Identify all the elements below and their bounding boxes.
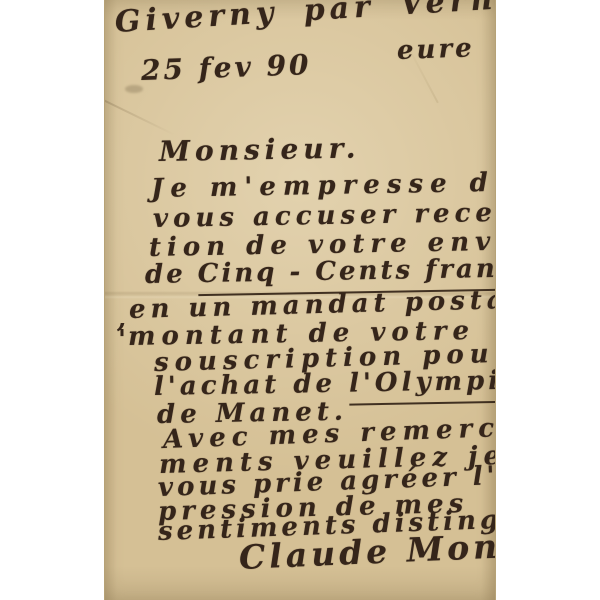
letter-paper: Giverny par Vernon eure 25 fev 90 Monsie…: [104, 0, 496, 600]
department-line: eure: [397, 35, 476, 64]
paper-crease: [104, 96, 175, 135]
location-line: Giverny par Vernon: [114, 0, 496, 38]
body-line-8: l'achat de l'Olympia: [154, 368, 496, 400]
stray-apostrophe-mark: ': [118, 327, 126, 353]
text-segment: de: [145, 259, 198, 290]
date-line: 25 fev 90: [141, 51, 312, 85]
underlined-title: l'Olympia: [349, 366, 496, 406]
body-line-4: de Cinq - Cents francs,: [145, 255, 496, 288]
letter-photo: Giverny par Vernon eure 25 fev 90 Monsie…: [0, 0, 600, 600]
body-line-1: Je m'empresse de: [151, 170, 496, 202]
ink-smudge: [125, 85, 143, 93]
salutation-line: Monsieur.: [159, 134, 361, 166]
